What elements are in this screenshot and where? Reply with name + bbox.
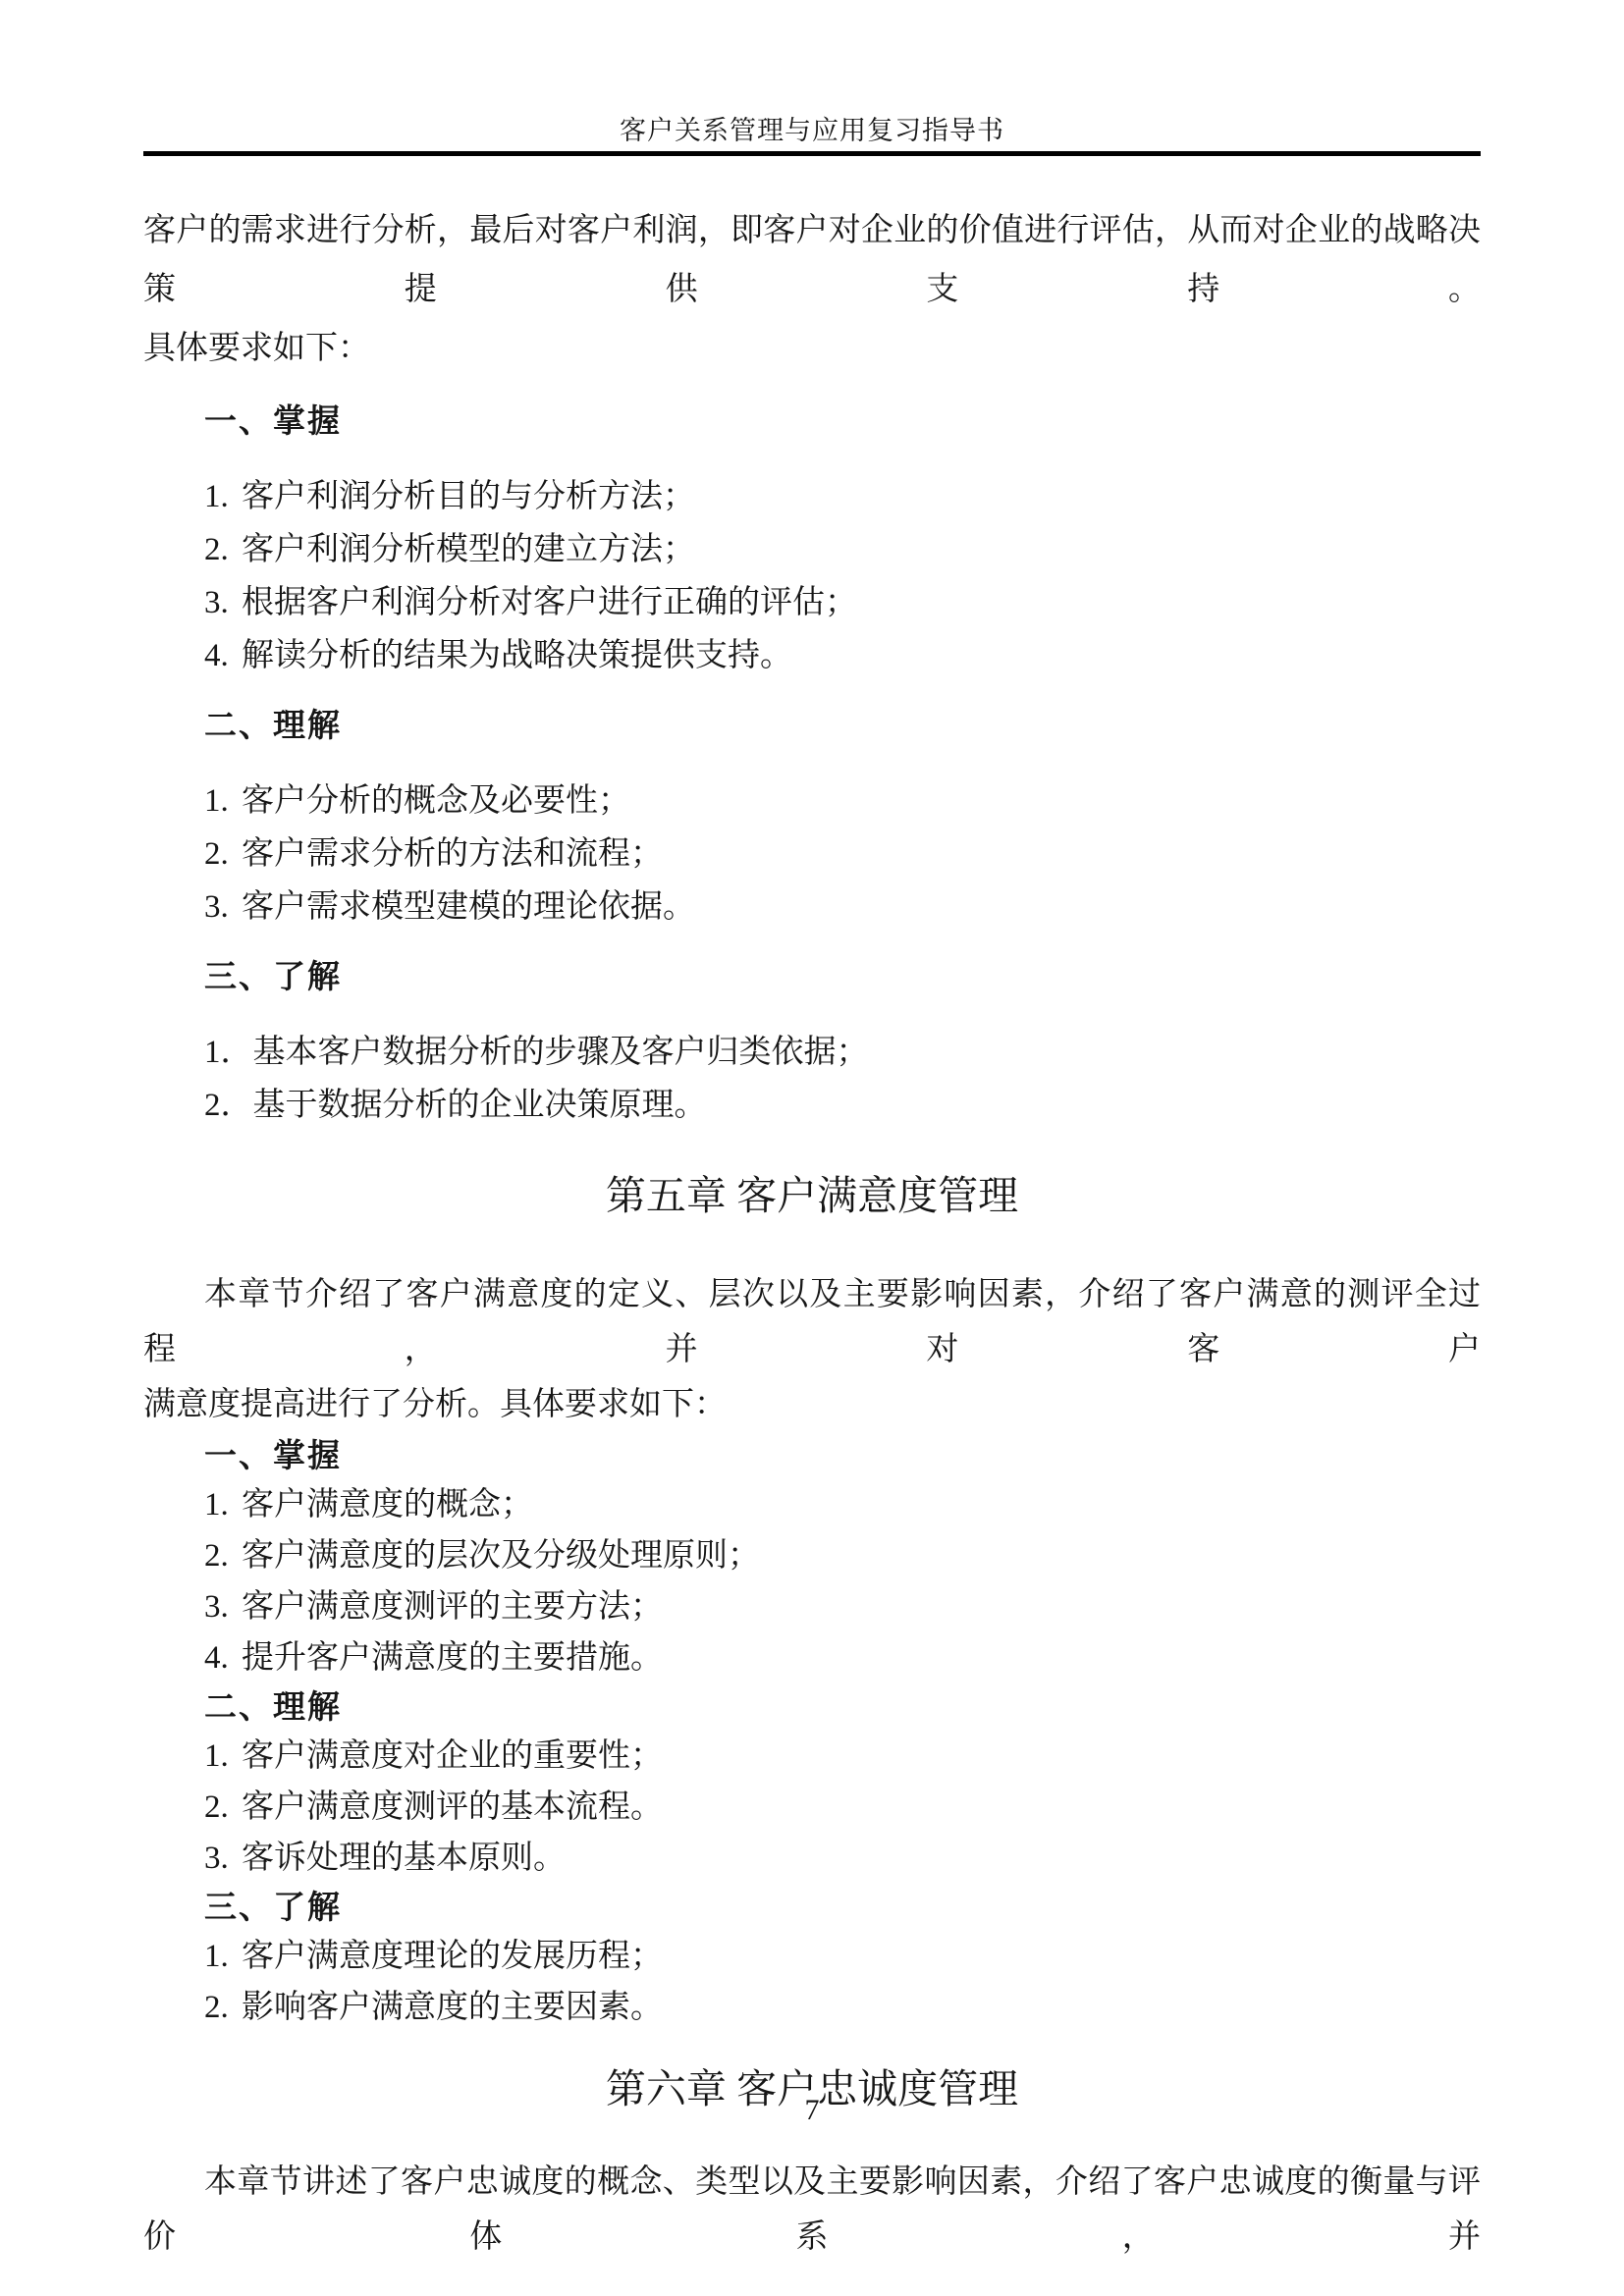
list-item-text: 解读分析的结果为战略决策提供支持。 <box>242 638 792 673</box>
numbered-list: 1.客户利润分析目的与分析方法； 2.客户利润分析模型的建立方法； 3.根据客户… <box>143 453 1481 682</box>
list-item-text: 客户需求模型建模的理论依据。 <box>242 889 695 925</box>
numbered-list: 1.客户满意度理论的发展历程； 2.影响客户满意度的主要因素。 <box>143 1931 1481 2033</box>
list-item-text: 客户满意度测评的基本流程。 <box>242 1789 663 1825</box>
page-content: 客户关系管理与应用复习指导书 客户的需求进行分析，最后对客户利润，即客户对企业的… <box>143 0 1481 2265</box>
paragraph-line: 客户的需求进行分析，最后对客户利润，即客户对企业的价值进行评估，从而对企业的战略… <box>143 201 1481 319</box>
document-page: 客户关系管理与应用复习指导书 客户的需求进行分析，最后对客户利润，即客户对企业的… <box>0 0 1624 2296</box>
list-item: 2.客户需求分析的方法和流程； <box>204 828 1481 881</box>
list-item-number: 1. <box>204 1731 242 1782</box>
list-item: 2.客户满意度测评的基本流程。 <box>204 1782 1481 1833</box>
running-header: 客户关系管理与应用复习指导书 <box>143 0 1481 151</box>
list-item-number: 3. <box>204 576 242 629</box>
continuation-paragraph: 客户的需求进行分析，最后对客户利润，即客户对企业的价值进行评估，从而对企业的战略… <box>143 201 1481 378</box>
chapter5-intro-paragraph: 本章节介绍了客户满意度的定义、层次以及主要影响因素，介绍了客户满意的测评全过程，… <box>143 1267 1481 1432</box>
list-item-text: 客户分析的概念及必要性； <box>242 783 630 819</box>
paragraph-line: 满意度提高进行了分析。具体要求如下： <box>143 1377 1481 1432</box>
list-item-text: 客户满意度的层次及分级处理原则； <box>242 1538 760 1574</box>
numbered-list: 1.客户满意度对企业的重要性； 2.客户满意度测评的基本流程。 3.客诉处理的基… <box>143 1731 1481 1884</box>
list-item-number: 2． <box>204 1079 253 1132</box>
list-item-text: 基本客户数据分析的步骤及客户归类依据； <box>253 1035 869 1070</box>
list-item-text: 根据客户利润分析对客户进行正确的评估； <box>242 585 857 620</box>
list-item: 4.解读分析的结果为战略决策提供支持。 <box>204 629 1481 682</box>
list-item-number: 2. <box>204 1982 242 2033</box>
chapter4-requirements: 一、掌握 1.客户利润分析目的与分析方法； 2.客户利润分析模型的建立方法； 3… <box>143 400 1481 1132</box>
list-item: 3.客户需求模型建模的理论依据。 <box>204 881 1481 934</box>
list-item: 1.客户满意度理论的发展历程； <box>204 1931 1481 1982</box>
list-item-number: 2. <box>204 828 242 881</box>
header-rule <box>143 151 1481 156</box>
section-heading-understand: 二、理解 <box>204 704 1481 747</box>
section-heading-understand: 二、理解 <box>204 1683 1481 1731</box>
list-item-text: 基于数据分析的企业决策原理。 <box>253 1088 707 1123</box>
list-item: 3.客户满意度测评的主要方法； <box>204 1581 1481 1632</box>
list-item-number: 3. <box>204 1833 242 1884</box>
chapter5-title: 第五章 客户满意度管理 <box>143 1167 1481 1224</box>
paragraph-line: 本章节讲述了客户忠诚度的概念、类型以及主要影响因素，介绍了客户忠诚度的衡量与评价… <box>143 2155 1481 2265</box>
list-item-number: 1. <box>204 1479 242 1530</box>
list-item-number: 1. <box>204 774 242 828</box>
list-item: 1.客户分析的概念及必要性； <box>204 774 1481 828</box>
list-item: 2．基于数据分析的企业决策原理。 <box>204 1079 1481 1132</box>
list-item: 1.客户满意度对企业的重要性； <box>204 1731 1481 1782</box>
list-item-text: 客户利润分析目的与分析方法； <box>242 479 695 514</box>
numbered-list: 1.客户满意度的概念； 2.客户满意度的层次及分级处理原则； 3.客户满意度测评… <box>143 1479 1481 1683</box>
list-item-text: 客户需求分析的方法和流程； <box>242 836 663 872</box>
numbered-list: 1．基本客户数据分析的步骤及客户归类依据； 2．基于数据分析的企业决策原理。 <box>143 1008 1481 1132</box>
list-item-number: 3. <box>204 881 242 934</box>
numbered-list: 1.客户分析的概念及必要性； 2.客户需求分析的方法和流程； 3.客户需求模型建… <box>143 757 1481 934</box>
list-item: 3.根据客户利润分析对客户进行正确的评估； <box>204 576 1481 629</box>
list-item-number: 2. <box>204 523 242 576</box>
list-item-number: 1． <box>204 1026 253 1079</box>
list-item-number: 4. <box>204 629 242 682</box>
list-item: 2.客户利润分析模型的建立方法； <box>204 523 1481 576</box>
list-item-text: 客户满意度对企业的重要性； <box>242 1738 663 1774</box>
list-item-number: 2. <box>204 1782 242 1833</box>
list-item: 1．基本客户数据分析的步骤及客户归类依据； <box>204 1026 1481 1079</box>
list-item: 3.客诉处理的基本原则。 <box>204 1833 1481 1884</box>
paragraph-line: 本章节介绍了客户满意度的定义、层次以及主要影响因素，介绍了客户满意的测评全过程，… <box>143 1267 1481 1377</box>
section-heading-know: 三、了解 <box>204 1884 1481 1931</box>
list-item-text: 客户满意度测评的主要方法； <box>242 1589 663 1625</box>
list-item: 1.客户利润分析目的与分析方法； <box>204 470 1481 523</box>
list-item-text: 影响客户满意度的主要因素。 <box>242 1990 663 2025</box>
list-item-number: 1. <box>204 1931 242 1982</box>
list-item-text: 客户满意度的概念； <box>242 1487 533 1522</box>
section-heading-master: 一、掌握 <box>204 400 1481 443</box>
list-item-text: 客户利润分析模型的建立方法； <box>242 532 695 567</box>
list-item-number: 2. <box>204 1530 242 1581</box>
chapter6-intro-paragraph: 本章节讲述了客户忠诚度的概念、类型以及主要影响因素，介绍了客户忠诚度的衡量与评价… <box>143 2155 1481 2265</box>
list-item: 2.影响客户满意度的主要因素。 <box>204 1982 1481 2033</box>
running-header-title: 客户关系管理与应用复习指导书 <box>620 116 1004 145</box>
list-item-number: 1. <box>204 470 242 523</box>
list-item: 2.客户满意度的层次及分级处理原则； <box>204 1530 1481 1581</box>
list-item-text: 客户满意度理论的发展历程； <box>242 1939 663 1974</box>
list-item-text: 客诉处理的基本原则。 <box>242 1841 566 1876</box>
list-item-number: 4. <box>204 1632 242 1683</box>
list-item-number: 3. <box>204 1581 242 1632</box>
list-item: 1.客户满意度的概念； <box>204 1479 1481 1530</box>
section-heading-master: 一、掌握 <box>204 1432 1481 1479</box>
page-number: 7 <box>0 2093 1624 2128</box>
paragraph-line: 具体要求如下： <box>143 319 1481 378</box>
list-item-text: 提升客户满意度的主要措施。 <box>242 1640 663 1676</box>
list-item: 4.提升客户满意度的主要措施。 <box>204 1632 1481 1683</box>
section-heading-know: 三、了解 <box>204 955 1481 998</box>
